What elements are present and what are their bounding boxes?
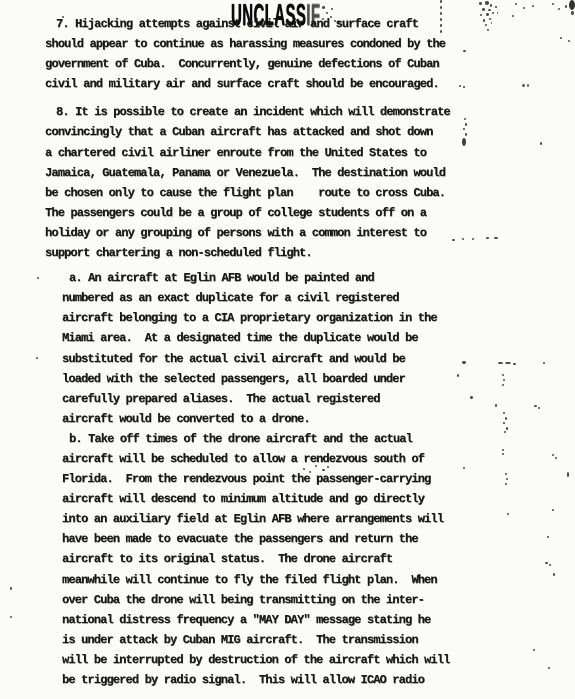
scan-speckle (515, 3, 517, 5)
text-line: carefully prepared aliases. The actual r… (62, 389, 525, 409)
text-line: numbered as an exact duplicate for a civ… (62, 288, 525, 308)
scan-speckle (527, 84, 529, 87)
scan-speckle (571, 11, 574, 15)
text-line: convincingly that a Cuban aircraft has a… (45, 122, 525, 142)
scan-speckle (548, 667, 550, 669)
scan-speckle (482, 8, 485, 11)
scan-speckle (490, 4, 492, 7)
scan-speckle (538, 407, 540, 409)
text-line: b. Take off times of the drone aircraft … (62, 429, 525, 449)
scan-speckle (534, 405, 537, 407)
scan-speckle (488, 9, 491, 11)
scan-speckle (540, 142, 542, 145)
text-line: holiday or any grouping of persons with … (45, 223, 525, 243)
text-line: national distress frequency a "MAY DAY" … (62, 610, 525, 630)
scan-speckle (549, 564, 551, 566)
scan-speckle (569, 0, 575, 10)
scan-speckle (440, 6, 442, 9)
scan-speckle (479, 2, 482, 5)
scan-speckle (547, 536, 549, 538)
paragraph-para-8b: b. Take off times of the drone aircraft … (62, 429, 525, 690)
scan-speckle (552, 509, 554, 511)
scan-speckle (523, 7, 525, 9)
scan-speckle (545, 562, 548, 564)
scan-speckle (533, 649, 535, 651)
text-line: aircraft will be scheduled to allow a re… (62, 449, 525, 469)
scan-speckle (440, 0, 442, 3)
text-line: aircraft to its original status. The dro… (62, 549, 525, 569)
paragraph-para-8a: a. An aircraft at Eglin AFB would be pai… (62, 268, 525, 429)
text-line: will be interrupted by destruction of th… (62, 650, 525, 670)
scan-speckle (495, 6, 497, 8)
text-line: be triggered by radio signal. This will … (62, 670, 525, 690)
text-line: Miami area. At a designated time the dup… (62, 328, 525, 348)
paragraph-para-7: 7. Hijacking attempts against civil air … (45, 14, 525, 94)
paragraph-para-8: 8. It is possible to create an incident … (45, 102, 525, 263)
text-line: Florida. From the rendezvous point the p… (62, 469, 525, 489)
scan-speckle (552, 454, 554, 456)
text-line: have been made to evacuate the passenger… (62, 529, 525, 549)
scan-speckle (553, 573, 555, 576)
scan-speckle (555, 457, 557, 459)
scan-speckle (552, 3, 554, 5)
text-line: aircraft will descend to minimum altitud… (62, 489, 525, 509)
text-line: 7. Hijacking attempts against civil air … (45, 14, 525, 34)
scan-speckle (485, 1, 489, 5)
scan-speckle (558, 8, 560, 10)
text-line: aircraft belonging to a CIA proprietary … (62, 308, 525, 328)
text-line: should appear to continue as harassing m… (45, 34, 525, 54)
scan-speckle (568, 40, 570, 42)
scan-speckle (543, 362, 545, 364)
text-line: The passengers could be a group of colle… (45, 203, 525, 223)
text-line: loaded with the selected passengers, all… (62, 369, 525, 389)
scan-speckle (36, 357, 38, 359)
scan-speckle (331, 8, 333, 10)
scan-speckle (322, 6, 325, 9)
text-line: support chartering a non-scheduled fligh… (45, 243, 525, 263)
text-line: Jamaica, Guatemala, Panama or Venezuela.… (45, 163, 525, 183)
scan-speckle (567, 472, 569, 477)
text-line: a. An aircraft at Eglin AFB would be pai… (62, 268, 525, 288)
text-line: government of Cuba. Concurrently, genuin… (45, 54, 525, 74)
scan-speckle (560, 37, 562, 39)
text-line: over Cuba the drone will being transmitt… (62, 590, 525, 610)
document-text: 7. Hijacking attempts against civil air … (45, 14, 525, 690)
scan-speckle (10, 616, 12, 618)
text-line: into an auxiliary field at Eglin AFB whe… (62, 509, 525, 529)
text-line: is under attack by Cuban MIG aircraft. T… (62, 630, 525, 650)
text-line: substituted for the actual civil aircraf… (62, 349, 525, 369)
scan-speckle (532, 5, 534, 7)
scan-speckle (565, 5, 567, 8)
text-line: civil and military air and surface craft… (45, 74, 525, 94)
text-line: meanwhile will continue to fly the filed… (62, 570, 525, 590)
scanned-document-page: UNCLASSIF 7. Hijacking attempts against … (0, 0, 575, 699)
text-line: 8. It is possible to create an incident … (45, 102, 525, 122)
scan-speckle (37, 277, 39, 279)
text-line: be chosen only to cause the flight plan … (45, 183, 525, 203)
text-line: aircraft would be converted to a drone. (62, 409, 525, 429)
scan-speckle (10, 587, 12, 590)
text-line: a chartered civil airliner enroute from … (45, 143, 525, 163)
